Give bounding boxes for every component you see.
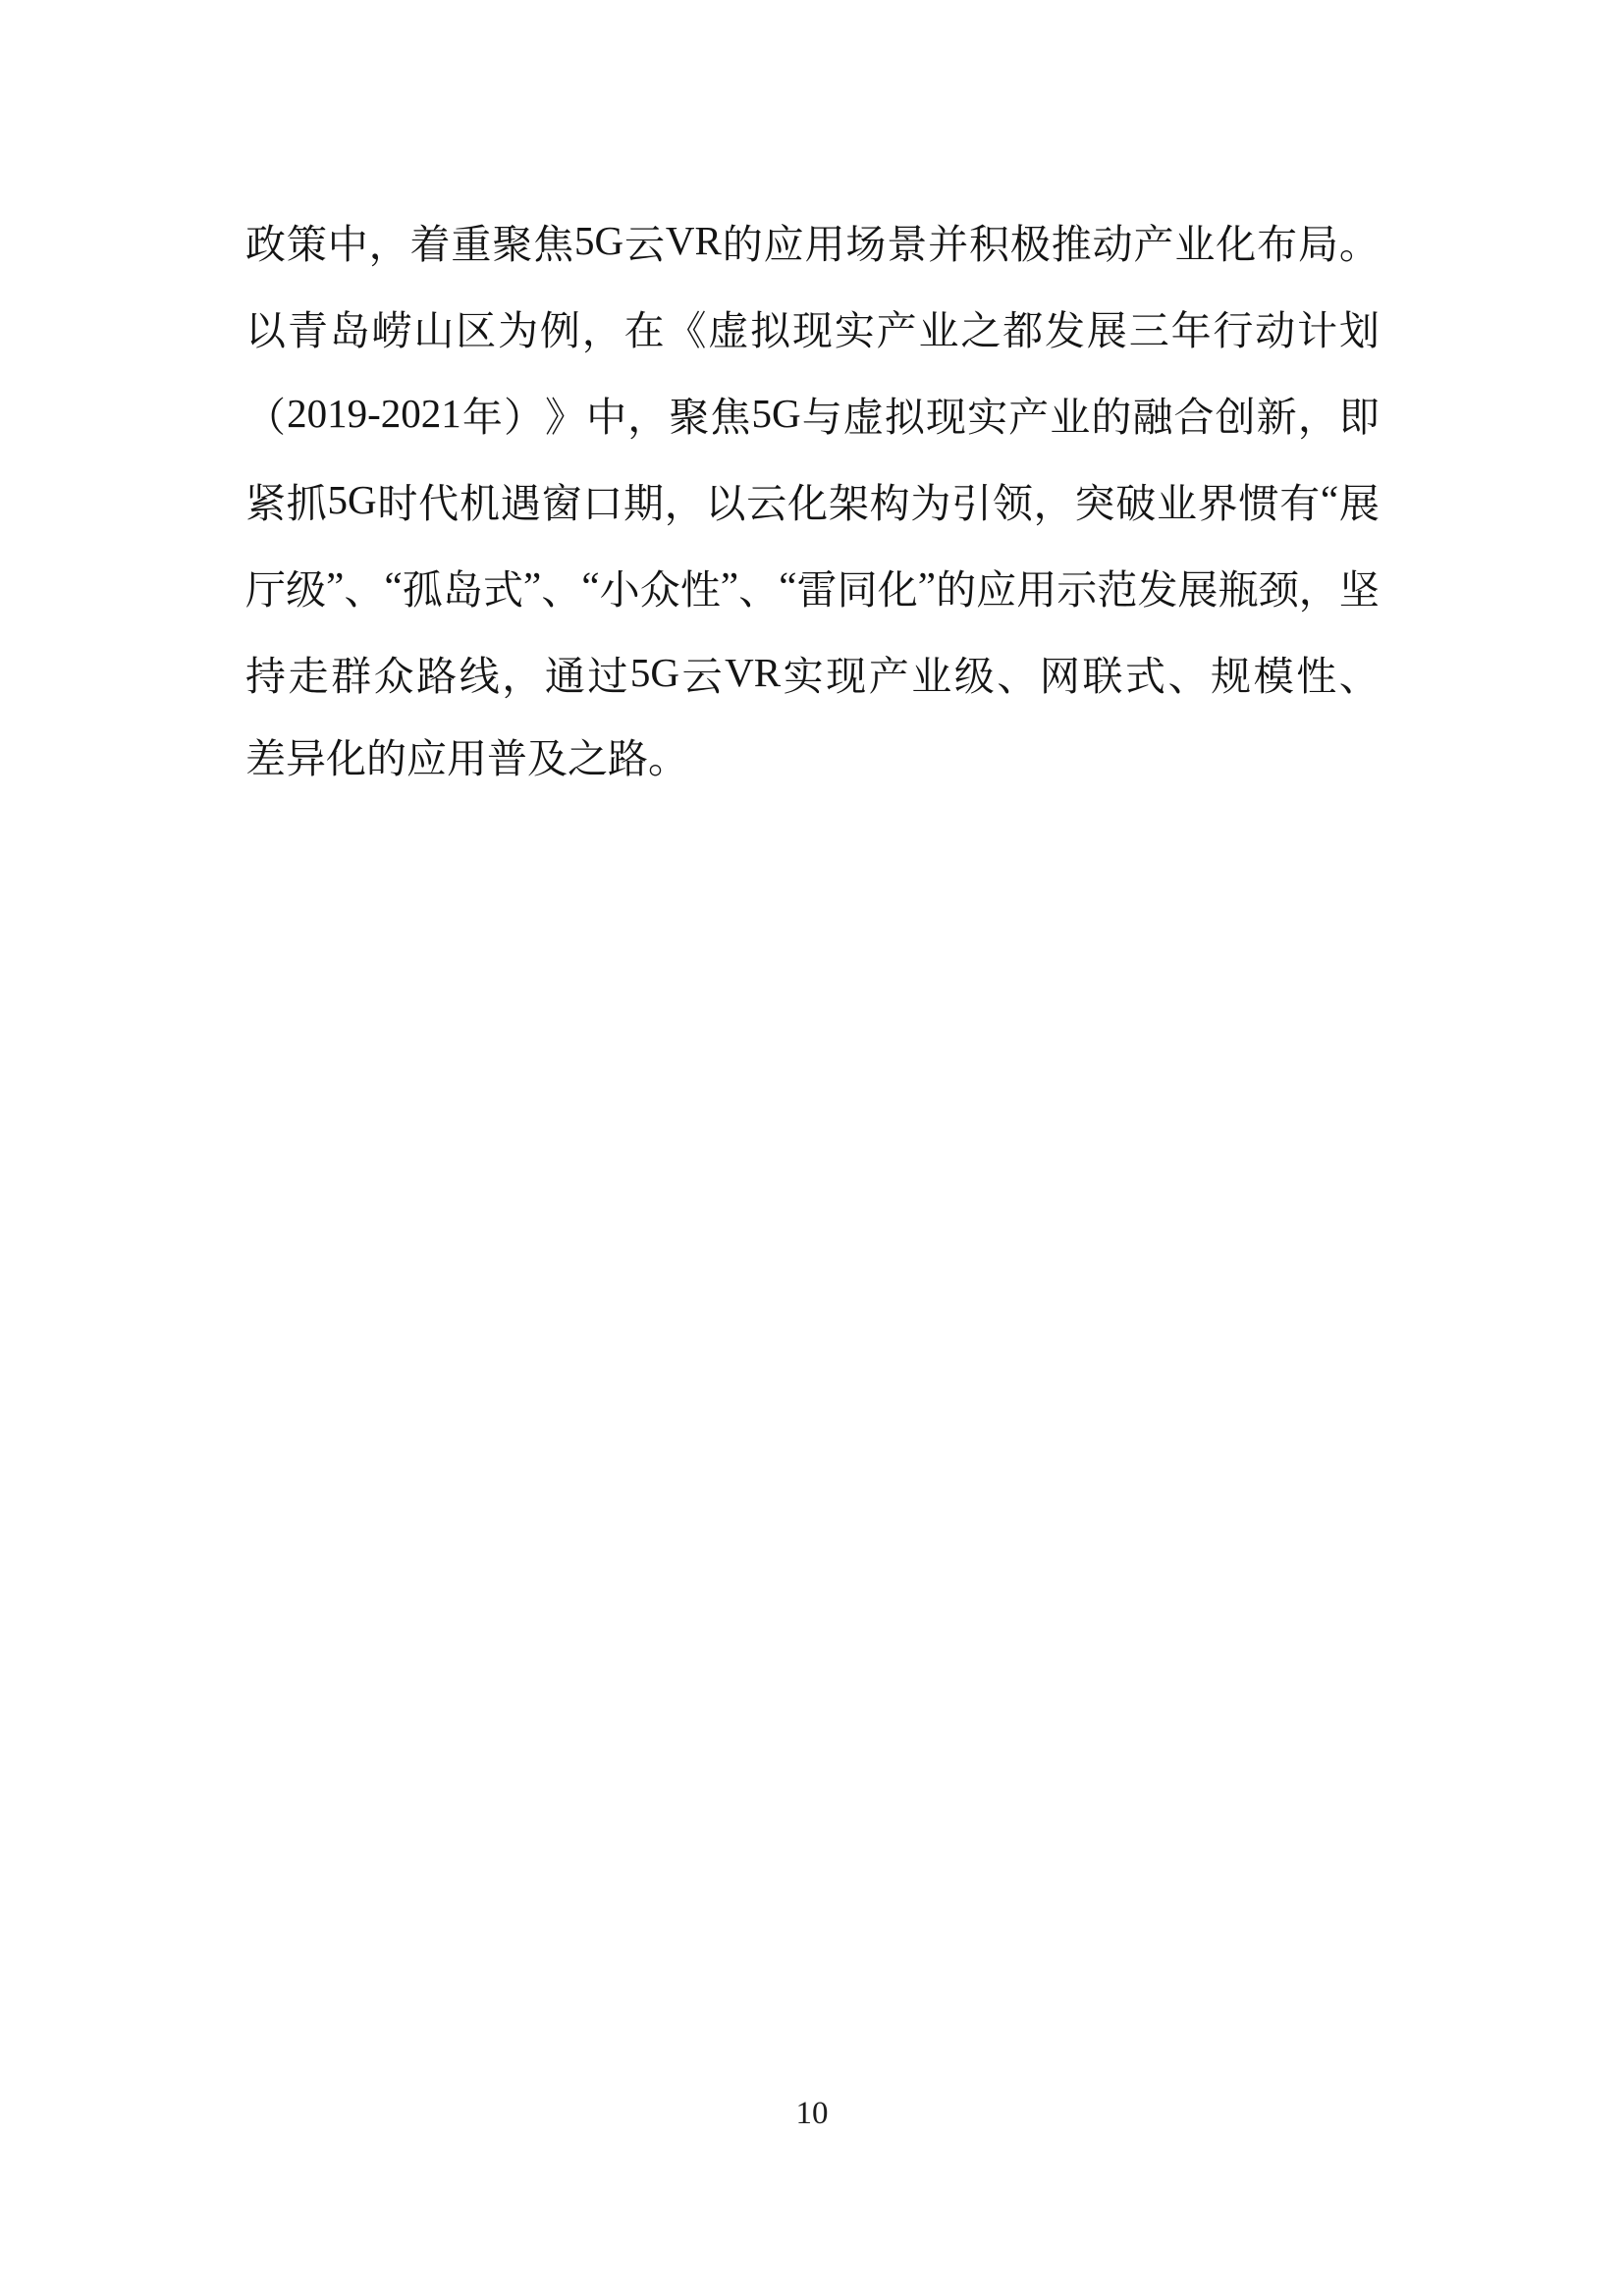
page-number: 10 (0, 2095, 1624, 2132)
body-paragraph: 政策中，着重聚焦5G云VR的应用场景并积极推动产业化布局。 以青岛崂山区为例，在… (245, 197, 1380, 802)
paragraph-line-5: 厅级”、“孤岛式”、“小众性”、“雷同化”的应用示范发展瓶颈，坚 (245, 543, 1380, 629)
paragraph-line-1: 政策中，着重聚焦5G云VR的应用场景并积极推动产业化布局。 (245, 197, 1380, 284)
paragraph-line-7: 差异化的应用普及之路。 (245, 716, 1380, 802)
paragraph-line-2: 以青岛崂山区为例，在《虚拟现实产业之都发展三年行动计划 (245, 284, 1380, 370)
paragraph-line-3: （2019-2021年）》中，聚焦5G与虚拟现实产业的融合创新，即 (245, 370, 1380, 456)
paragraph-line-4: 紧抓5G时代机遇窗口期，以云化架构为引领，突破业界惯有“展 (245, 456, 1380, 543)
paragraph-line-6: 持走群众路线，通过5G云VR实现产业级、网联式、规模性、 (245, 629, 1380, 716)
document-page: 政策中，着重聚焦5G云VR的应用场景并积极推动产业化布局。 以青岛崂山区为例，在… (0, 0, 1624, 2296)
